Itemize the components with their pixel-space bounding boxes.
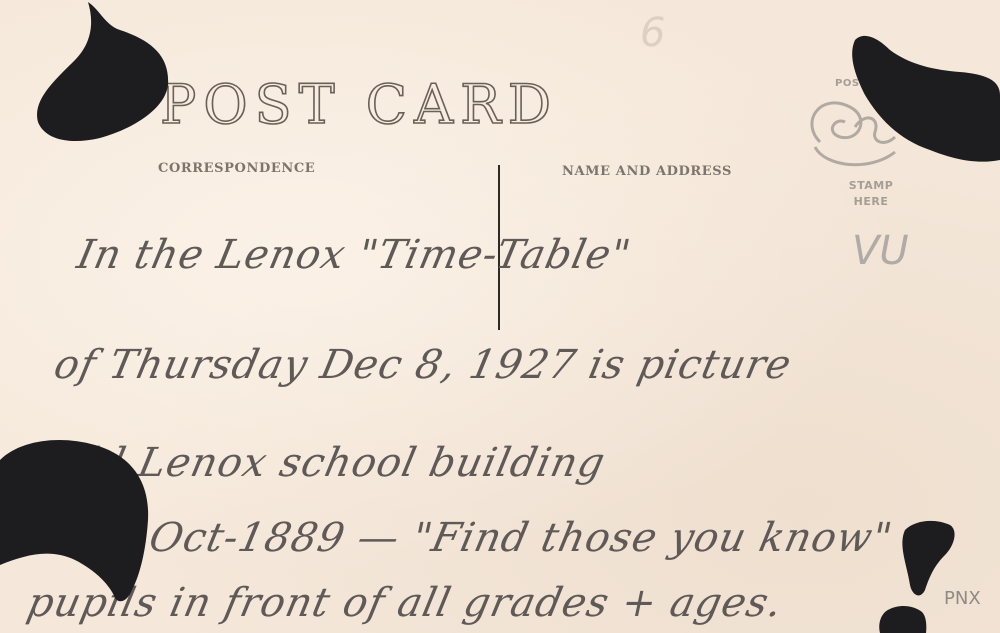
blot-bottom-right-lower — [879, 606, 926, 633]
blot-bottom-left — [0, 440, 148, 601]
blot-top-left — [37, 2, 168, 141]
adhesive-residue-blots — [0, 0, 1000, 633]
blot-top-right — [852, 36, 1000, 162]
postcard-back: POST CARD CORRESPONDENCE NAME AND ADDRES… — [0, 0, 1000, 633]
blot-bottom-right-upper — [902, 521, 954, 596]
